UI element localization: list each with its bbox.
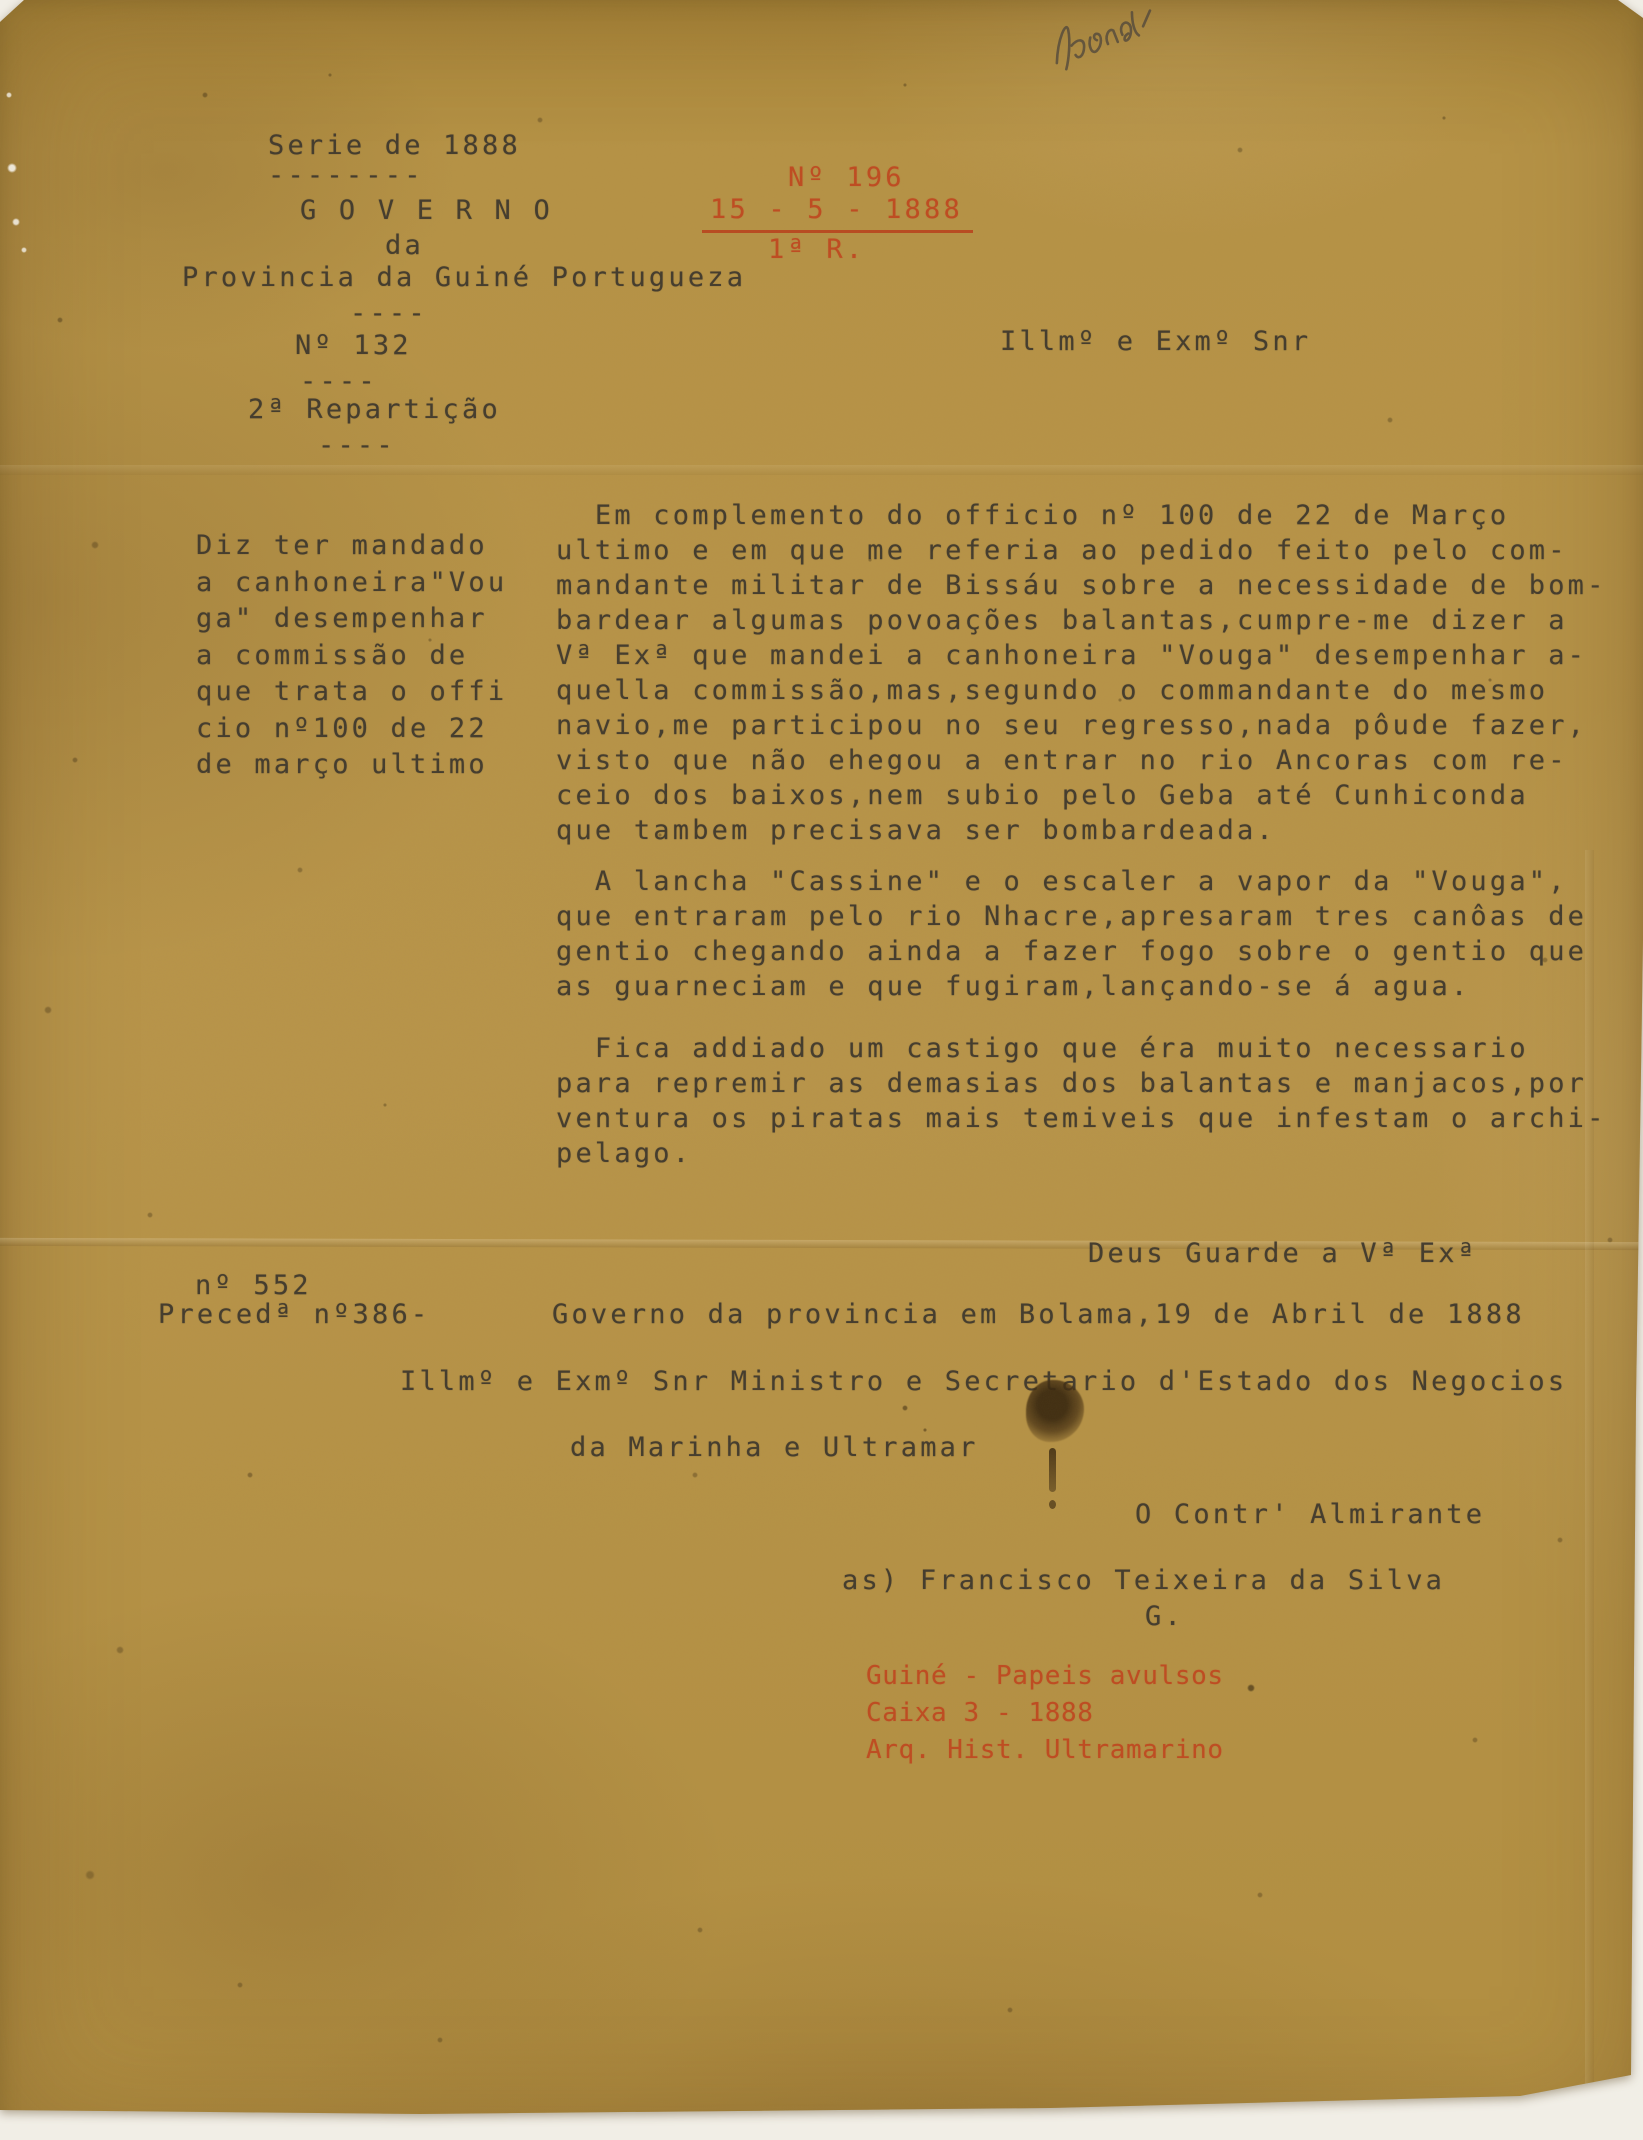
body-paragraph-1: Em complemento do officio nº 100 de 22 d… bbox=[556, 498, 1607, 848]
province-line: Provincia da Guiné Portugueza bbox=[182, 260, 746, 295]
divider-dashes: -------- bbox=[268, 158, 424, 193]
faint-crease bbox=[0, 465, 1643, 475]
margin-summary-note: Diz ter mandado a canhoneira"Vou ga" des… bbox=[196, 528, 507, 784]
ink-drip-dot bbox=[1049, 1500, 1056, 1509]
signer-title: O Contr' Almirante bbox=[1135, 1497, 1485, 1532]
of-line: da bbox=[385, 228, 424, 263]
stamp-number: Nº 196 bbox=[788, 160, 905, 195]
place-and-date: Governo da provincia em Bolama,19 de Abr… bbox=[552, 1297, 1525, 1332]
paper-shadow: Serie de 1888 -------- G O V E R N O da … bbox=[0, 0, 1643, 2140]
signature-line: as) Francisco Teixeira da Silva bbox=[842, 1563, 1445, 1598]
paper-sheet: Serie de 1888 -------- G O V E R N O da … bbox=[0, 0, 1643, 2140]
precedent-number: Precedª nº386- bbox=[158, 1297, 430, 1332]
government-title: G O V E R N O bbox=[300, 193, 553, 228]
scanned-document-page: Serie de 1888 -------- G O V E R N O da … bbox=[0, 0, 1643, 2140]
ink-drip bbox=[1049, 1448, 1056, 1492]
stamp-registry: 1ª R. bbox=[768, 232, 865, 267]
archive-stamp-line-2: Caixa 3 - 1888 bbox=[866, 1695, 1094, 1732]
department-line: 2ª Repartição bbox=[248, 392, 501, 427]
archive-stamp-line-1: Guiné - Papeis avulsos bbox=[866, 1658, 1224, 1695]
stamp-date: 15 - 5 - 1888 bbox=[702, 192, 973, 233]
archive-stamp-line-3: Arq. Hist. Ultramarino bbox=[866, 1732, 1224, 1769]
body-paragraph-3: Fica addiado um castigo que éra muito ne… bbox=[556, 1031, 1607, 1171]
divider-dashes: ---- bbox=[350, 296, 428, 331]
salutation: Illmº e Exmº Snr bbox=[1000, 324, 1311, 359]
addressee-line-1: Illmº e Exmº Snr Ministro e Secretario d… bbox=[400, 1364, 1567, 1399]
body-paragraph-2: A lancha "Cassine" e o escaler a vapor d… bbox=[556, 864, 1587, 1004]
addressee-line-2: da Marinha e Ultramar bbox=[570, 1430, 979, 1465]
document-number: Nº 132 bbox=[295, 328, 412, 363]
signature-initial: G. bbox=[1145, 1599, 1184, 1634]
valediction: Deus Guarde a Vª Exª bbox=[1088, 1236, 1477, 1271]
divider-dashes: ---- bbox=[318, 428, 396, 463]
